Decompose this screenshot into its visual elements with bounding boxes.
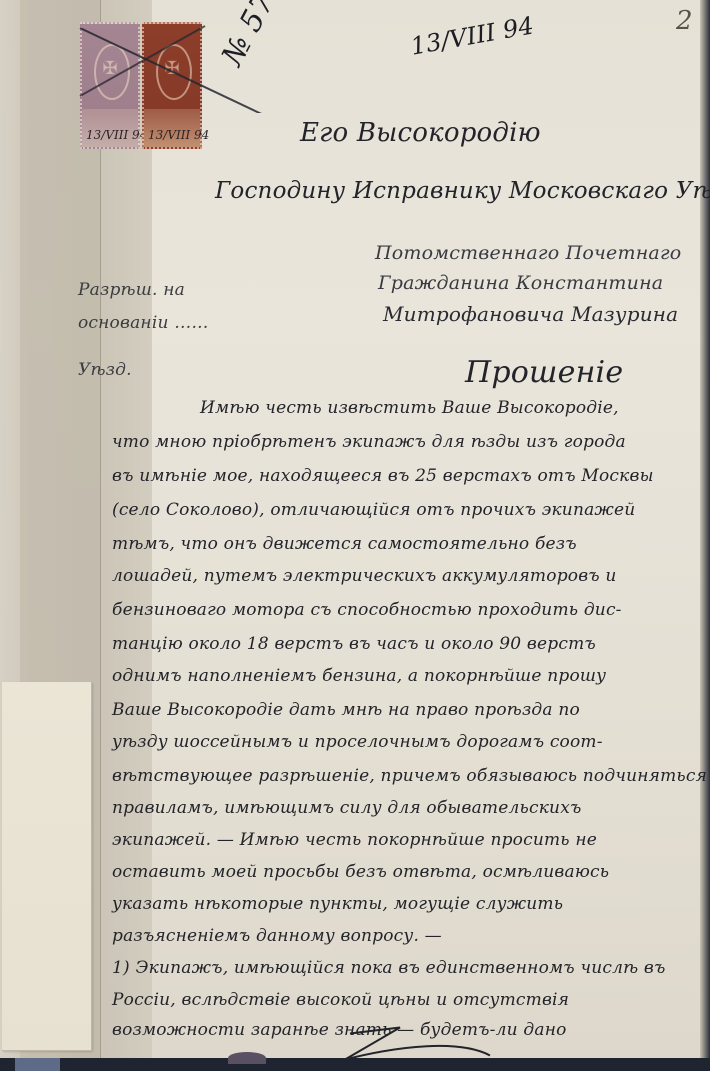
petitioner-line: Гражданина Константина xyxy=(378,272,663,294)
scan-bottom-edge xyxy=(0,1058,710,1071)
petitioner-line: Потомственнаго Почетнаго xyxy=(375,242,681,264)
body-line: въ имѣніе мое, находящееся въ 25 верстах… xyxy=(112,466,654,486)
double-headed-eagle-icon: ✠ xyxy=(82,58,138,79)
body-line: Имѣю честь извѣстить Ваше Высокородіе, xyxy=(200,398,619,418)
body-line: что мною пріобрѣтенъ экипажъ для ѣзды из… xyxy=(112,432,626,452)
addressee-title: Его Высокородію xyxy=(300,118,541,148)
petitioner-line: Митрофановича Мазурина xyxy=(383,302,678,326)
page-edge xyxy=(700,0,710,1060)
stamp-cancel-date: 13/VIII 94 xyxy=(148,129,209,141)
body-line: тѣмъ, что онъ движется самостоятельно бе… xyxy=(112,534,577,554)
margin-resolution-line: Разрѣш. на xyxy=(78,280,185,300)
body-line: бензиноваго мотора съ способностью прохо… xyxy=(112,600,622,620)
page-number: 2 xyxy=(676,6,693,36)
body-line: Россіи, вслѣдствіе высокой цѣны и отсутс… xyxy=(112,990,569,1010)
scan-edge-blue xyxy=(15,1058,60,1071)
body-line: оставить моей просьбы безъ отвѣта, осмѣл… xyxy=(112,862,609,882)
body-line: вѣтствующее разрѣшеніе, причемъ обязываю… xyxy=(112,766,707,786)
body-line: танцію около 18 верстъ въ часъ и около 9… xyxy=(112,634,596,654)
body-line: 1) Экипажъ, имѣющійся пока въ единственн… xyxy=(112,958,666,978)
body-line: (село Соколово), отличающійся отъ прочих… xyxy=(112,500,635,520)
body-line: экипажей. — Имѣю честь покорнѣйше просит… xyxy=(112,830,597,850)
double-headed-eagle-icon: ✠ xyxy=(144,58,200,79)
revenue-stamp-faded: ✠ 13/VIII 94 xyxy=(80,22,140,149)
body-line: правиламъ, имѣющимъ силу для обывательск… xyxy=(112,798,582,818)
margin-resolution-line: Уѣзд. xyxy=(78,360,132,380)
body-line: однимъ наполненіемъ бензина, а покорнѣйш… xyxy=(112,666,606,686)
revenue-stamp-red: ✠ 13/VIII 94 xyxy=(142,22,202,149)
paper-tear xyxy=(228,1052,266,1064)
body-line: указать нѣкоторые пункты, могущіе служит… xyxy=(112,894,563,914)
stamp-cancel-date: 13/VIII 94 xyxy=(86,129,147,141)
body-line: Ваше Высокородіе дать мнѣ на право проѣз… xyxy=(112,700,580,720)
registration-number: № 5789 xyxy=(215,0,300,71)
margin-resolution-line: основаніи …… xyxy=(78,313,209,333)
document-page: ✠ 13/VIII 94 ✠ 13/VIII 94 № 5789 13/VIII… xyxy=(0,0,710,1060)
paper-patch xyxy=(2,682,92,1051)
body-line: разъясненіемъ данному вопросу. — xyxy=(112,926,442,946)
page-end-flourish-icon xyxy=(340,1018,500,1060)
document-title: Прошеніе xyxy=(465,355,623,390)
body-line: уѣзду шоссейнымъ и проселочнымъ дорогамъ… xyxy=(112,732,603,752)
received-date: 13/VIII 94 xyxy=(409,11,537,60)
fold-line xyxy=(100,0,101,1060)
revenue-stamps: ✠ 13/VIII 94 ✠ 13/VIII 94 xyxy=(80,22,205,149)
body-line: лошадей, путемъ электрическихъ аккумулят… xyxy=(112,566,617,586)
addressee-name: Господину Исправнику Московскаго Уѣзда xyxy=(215,178,710,204)
